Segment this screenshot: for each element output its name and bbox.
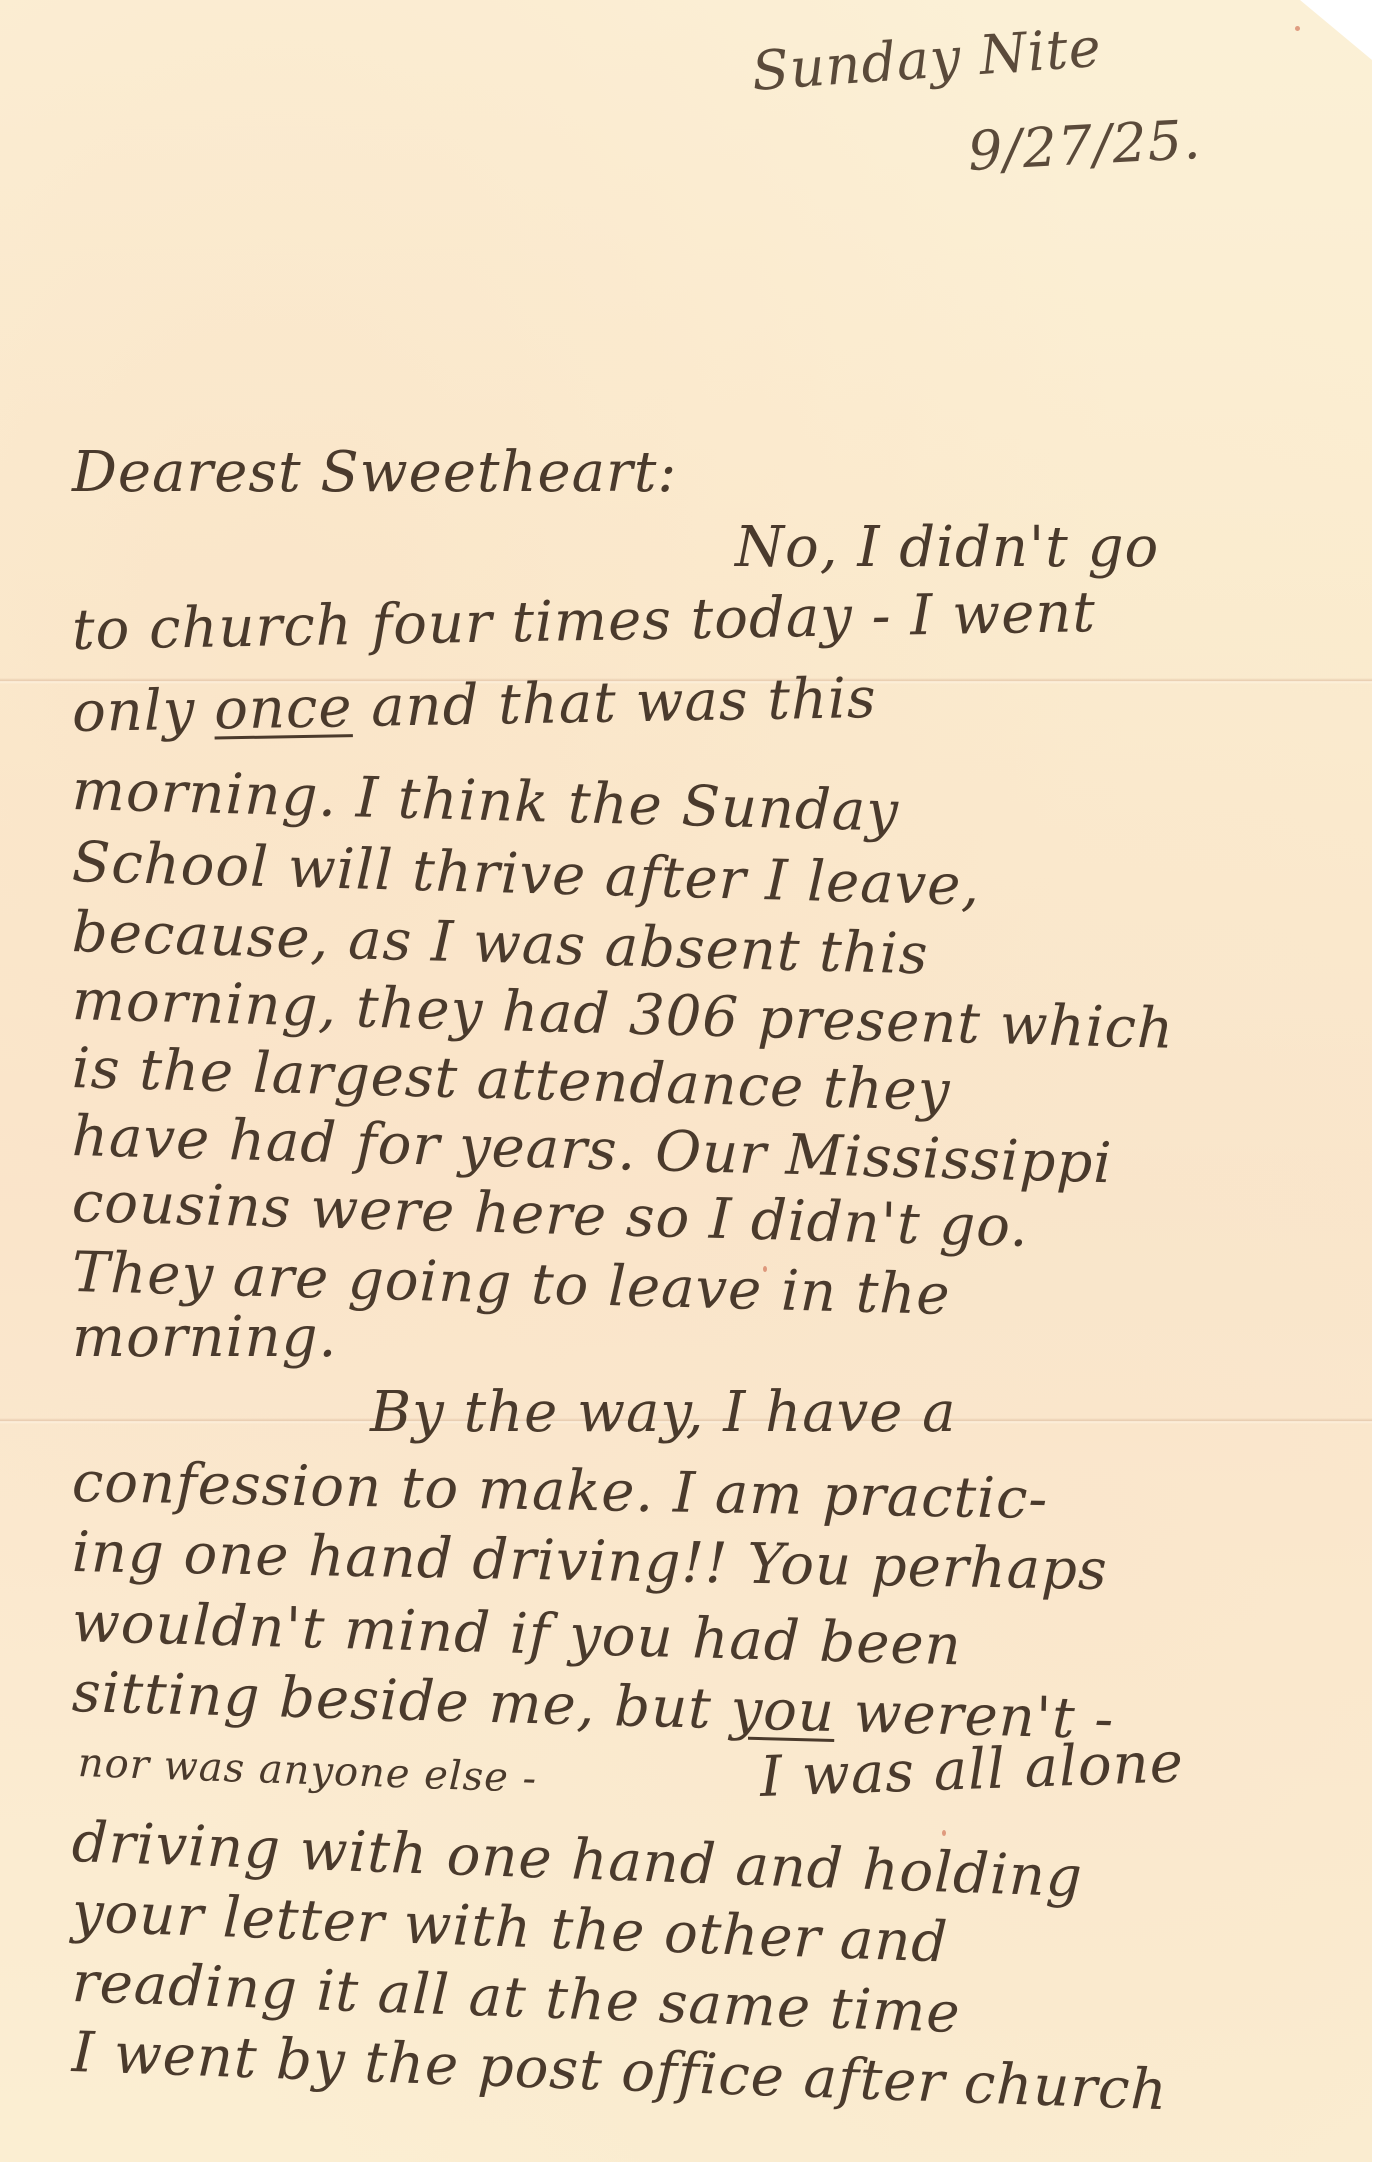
letter-line: ing one hand driving!! You perhaps xyxy=(71,1520,1108,1603)
letter-line: No, I didn't go xyxy=(735,515,1159,580)
letter-day: Sunday Nite xyxy=(750,16,1104,103)
letter-word: sitting beside me, but xyxy=(71,1660,712,1742)
paper-spot xyxy=(942,1830,946,1836)
letter-word: and that was this xyxy=(371,666,878,740)
emphasized-word: you xyxy=(730,1677,836,1745)
letter-line: confession to make. I am practic- xyxy=(71,1450,1048,1532)
letter-line: only once and that was this xyxy=(71,666,877,745)
letter-line: I went by the post office after church xyxy=(71,2020,1169,2123)
paper-spot xyxy=(1295,26,1300,31)
letter-word: only xyxy=(71,678,195,745)
letter-insertion: nor was anyone else - xyxy=(77,1740,538,1802)
salutation: Dearest Sweetheart: xyxy=(72,440,677,505)
letter-date: 9/27/25. xyxy=(966,108,1202,183)
letter-line: morning. I think the Sunday xyxy=(71,758,900,845)
letter-line: I was all alone xyxy=(759,1730,1185,1810)
letter-page: Sunday Nite 9/27/25. Dearest Sweetheart:… xyxy=(0,0,1372,2162)
letter-line: to church four times today - I went xyxy=(71,580,1096,663)
letter-line: By the way, I have a xyxy=(370,1380,957,1445)
emphasized-word: once xyxy=(214,675,353,742)
letter-line: morning. xyxy=(72,1305,337,1370)
